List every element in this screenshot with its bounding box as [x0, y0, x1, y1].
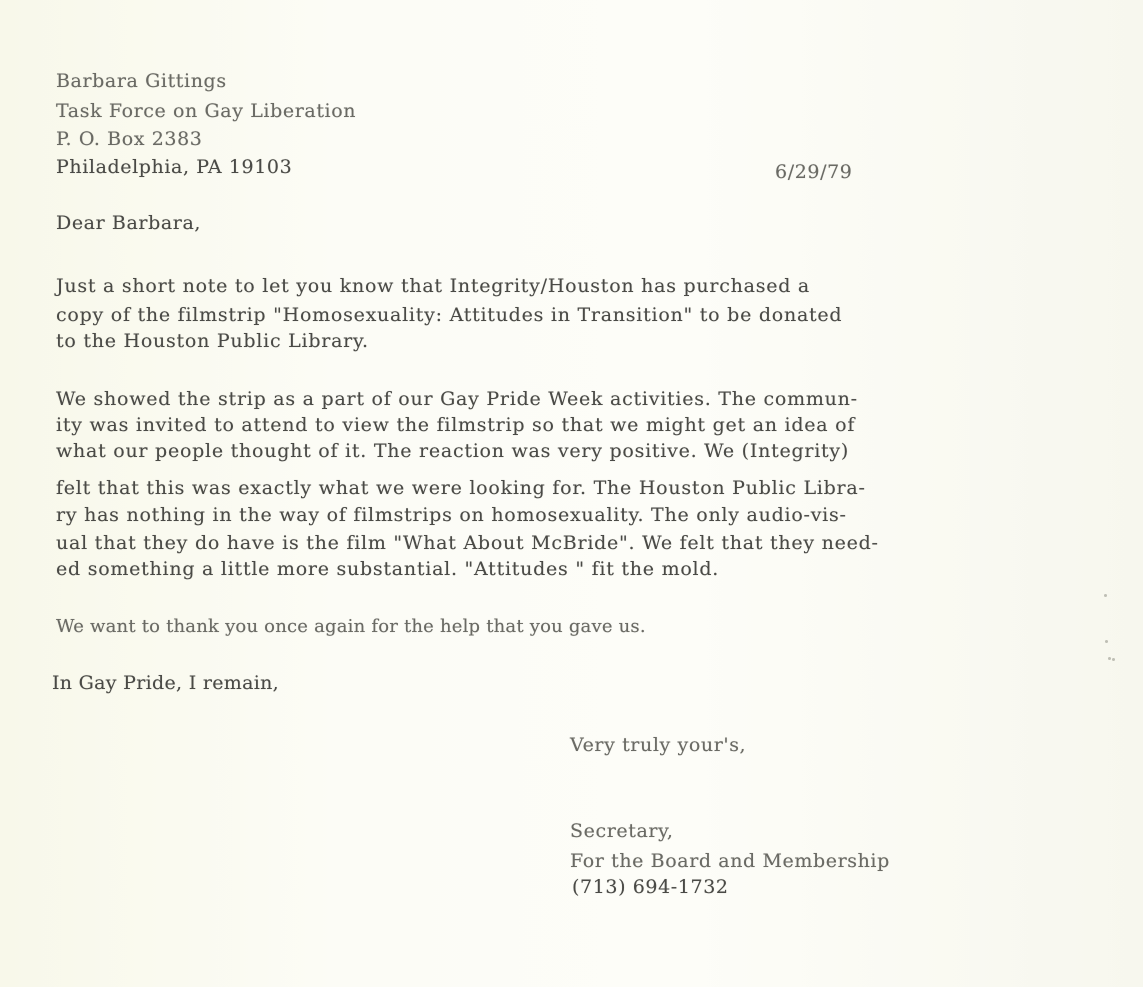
paragraph-line: copy of the filmstrip "Homosexuality: At… [56, 304, 842, 326]
recipient-name: Barbara Gittings [56, 70, 227, 92]
salutation: Dear Barbara, [56, 212, 201, 234]
paragraph-line: We want to thank you once again for the … [56, 616, 646, 637]
signature-title: Secretary, [570, 820, 674, 842]
paragraph-line: We showed the strip as a part of our Gay… [56, 388, 858, 410]
letter-date: 6/29/79 [775, 161, 852, 183]
closing-line: In Gay Pride, I remain, [52, 672, 279, 694]
paragraph-line: ual that they do have is the film "What … [56, 532, 879, 554]
paragraph-line: to the Houston Public Library. [56, 330, 369, 352]
paragraph-line: ity was invited to attend to view the fi… [56, 414, 855, 436]
recipient-po-box: P. O. Box 2383 [56, 128, 202, 150]
paragraph-line: ry has nothing in the way of filmstrips … [56, 504, 847, 526]
paragraph-line: what our people thought of it. The react… [56, 440, 849, 462]
paper-speck [1104, 594, 1107, 597]
paragraph-line: Just a short note to let you know that I… [56, 275, 810, 297]
paper-speck [1108, 657, 1111, 660]
paragraph-line: ed something a little more substantial. … [56, 558, 719, 580]
recipient-city-state-zip: Philadelphia, PA 19103 [56, 156, 292, 178]
signature-for-line: For the Board and Membership [570, 850, 890, 872]
signature-phone: (713) 694-1732 [572, 876, 729, 898]
sign-off: Very truly your's, [570, 734, 746, 756]
paper-speck [1105, 640, 1108, 643]
recipient-organization: Task Force on Gay Liberation [56, 100, 356, 122]
letter-page: Barbara Gittings Task Force on Gay Liber… [0, 0, 1143, 987]
paragraph-line: felt that this was exactly what we were … [56, 477, 866, 499]
paper-speck [1112, 658, 1115, 661]
